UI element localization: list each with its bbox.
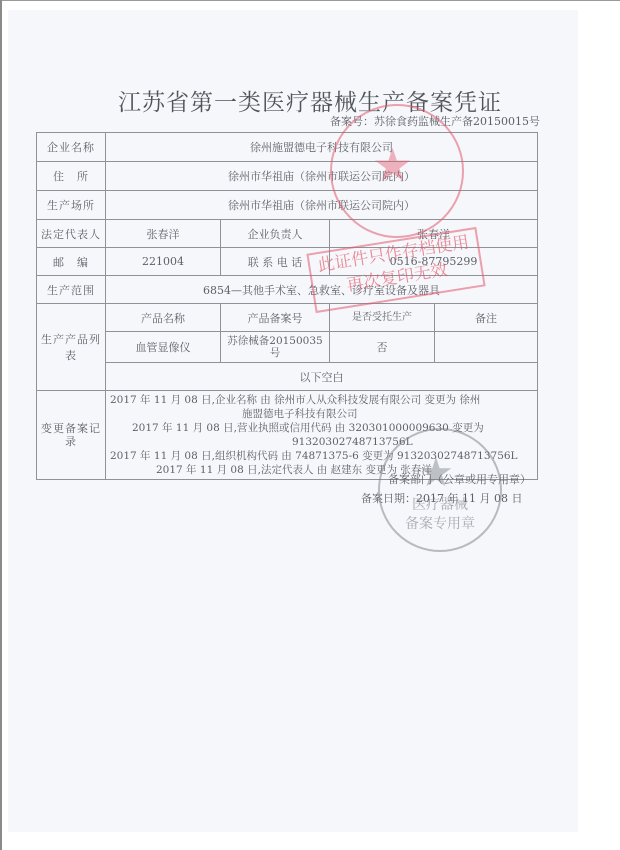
label-scope: 生产范围 [37,276,106,304]
value-legal-rep: 张春洋 [106,220,221,248]
value-production-site: 徐州市华祖庙（徐州市联运公司院内） [106,191,538,220]
table-row: 血管显像仪 苏徐械备20150035号 否 [37,332,538,363]
official-seal: ★ 医疗器械 备案专用章 [378,428,502,552]
value-address: 徐州市华祖庙（徐州市联运公司院内） [106,162,538,191]
label-address: 住 所 [37,162,106,191]
star-icon: ★ [372,138,413,192]
label-product-list: 生产产品列表 [37,304,106,391]
official-seal-line: 备案专用章 [380,515,500,534]
value-postcode: 221004 [106,248,221,276]
change-record-line: 施盟德电子科技有限公司 [110,407,533,421]
blank-note: 以下空白 [106,363,538,391]
label-postcode: 邮 编 [37,248,106,276]
header-remarks: 备注 [435,304,538,332]
star-icon: ★ [418,450,454,496]
company-seal: ★ [330,104,464,238]
window-frame-left [0,0,2,850]
label-legal-rep: 法定代表人 [37,220,106,248]
value-company-name: 徐州施盟德电子科技有限公司 [106,133,538,162]
label-company-head: 企业负责人 [221,220,330,248]
product-remarks [435,332,538,363]
change-record-line: 2017 年 11 月 08 日,企业名称 由 徐州市人从众科技发展有限公司 变… [110,393,533,407]
official-seal-line: 医疗器械 [380,496,500,515]
product-record-no: 苏徐械备20150035号 [221,332,330,363]
window-frame-top [0,0,620,1]
header-product-name: 产品名称 [106,304,221,332]
product-entrusted: 否 [330,332,435,363]
label-production-site: 生产场所 [37,191,106,220]
label-company-name: 企业名称 [37,133,106,162]
label-change-records: 变更备案记 录 [37,391,106,480]
change-record-line: 2017 年 11 月 08 日,营业执照或信用代码 由 32030100000… [110,421,533,435]
header-product-record-no: 产品备案号 [221,304,330,332]
product-name: 血管显像仪 [106,332,221,363]
